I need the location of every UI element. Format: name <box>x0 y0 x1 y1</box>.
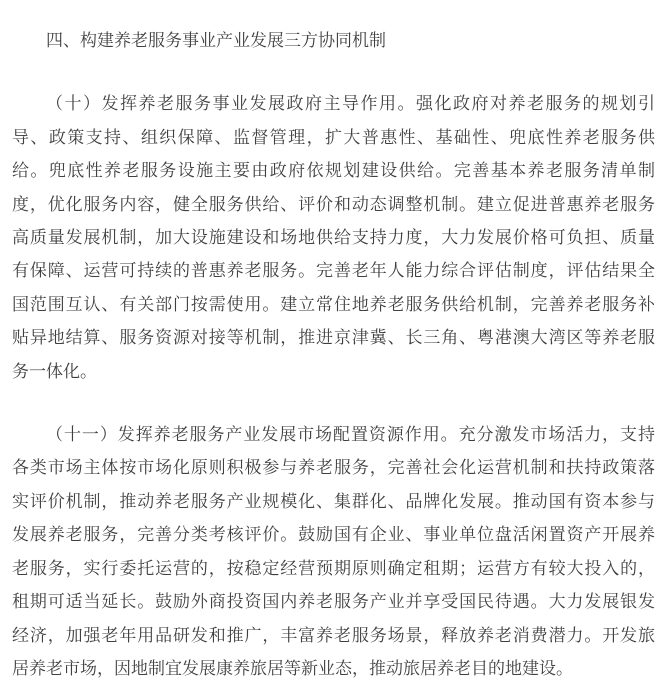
text-line: 给。兜底性养老服务设施主要由政府依规划建设供给。完善基本养老服务清单制 <box>12 154 655 187</box>
text-line: 实评价机制，推动养老服务产业规模化、集群化、品牌化发展。推动国有资本参与 <box>12 485 655 518</box>
text-line: 老服务，实行委托运营的，按稳定经营预期原则确定租期；运营方有较大投入的， <box>12 552 655 585</box>
text-line: 经济，加强老年用品研发和推广，丰富养老服务场景，释放养老消费潜力。开发旅 <box>12 619 655 652</box>
text-line: （十）发挥养老服务事业发展政府主导作用。强化政府对养老服务的规划引 <box>12 87 655 120</box>
text-line: 国范围互认、有关部门按需使用。建立常住地养老服务供给机制，完善养老服务补 <box>12 288 655 321</box>
text-line: 租期可适当延长。鼓励外商投资国内养老服务产业并享受国民待遇。大力发展银发 <box>12 585 655 618</box>
text-line: 度，优化服务内容，健全服务供给、评价和动态调整机制。建立促进普惠养老服务 <box>12 188 655 221</box>
text-line: 高质量发展机制，加大设施建设和场地供给支持力度，大力发展价格可负担、质量 <box>12 221 655 254</box>
text-line: 居养老市场，因地制宜发展康养旅居等新业态，推动旅居养老目的地建设。 <box>12 652 655 685</box>
section-heading: 四、构建养老服务事业产业发展三方协同机制 <box>12 24 655 57</box>
text-line: （十一）发挥养老服务产业发展市场配置资源作用。充分激发市场活力，支持 <box>12 418 655 451</box>
paragraph-item-ten: （十）发挥养老服务事业发展政府主导作用。强化政府对养老服务的规划引导、政策支持、… <box>12 87 655 388</box>
paragraph-item-eleven: （十一）发挥养老服务产业发展市场配置资源作用。充分激发市场活力，支持各类市场主体… <box>12 418 655 685</box>
document-page: 四、构建养老服务事业产业发展三方协同机制 （十）发挥养老服务事业发展政府主导作用… <box>0 0 667 689</box>
text-line: 导、政策支持、组织保障、监督管理，扩大普惠性、基础性、兜底性养老服务供 <box>12 121 655 154</box>
text-line: 发展养老服务，完善分类考核评价。鼓励国有企业、事业单位盘活闲置资产开展养 <box>12 518 655 551</box>
text-line: 各类市场主体按市场化原则积极参与养老服务，完善社会化运营机制和扶持政策落 <box>12 451 655 484</box>
text-line: 务一体化。 <box>12 355 655 388</box>
text-line: 贴异地结算、服务资源对接等机制，推进京津冀、长三角、粤港澳大湾区等养老服 <box>12 321 655 354</box>
text-line: 有保障、运营可持续的普惠养老服务。完善老年人能力综合评估制度，评估结果全 <box>12 254 655 287</box>
